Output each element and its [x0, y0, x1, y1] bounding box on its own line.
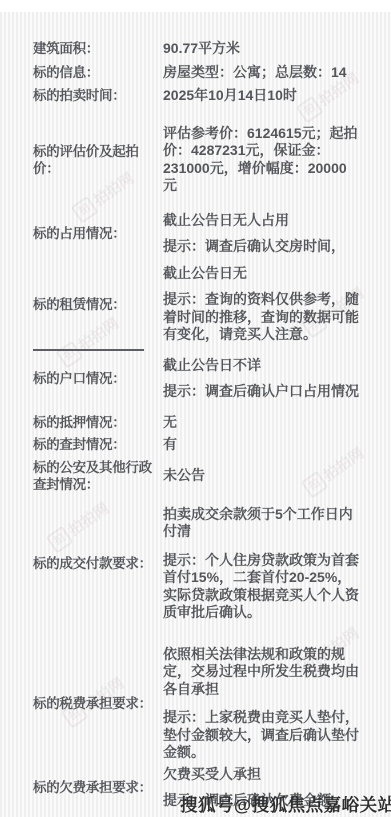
row-label: 标的成交付款要求：: [33, 555, 163, 572]
value-paragraph: 90.77平方米: [163, 40, 360, 58]
value-paragraph: 评估参考价：6124615元；起拍价：4287231元，保证金：231000元，…: [163, 125, 360, 195]
value-paragraph: 有: [163, 436, 360, 454]
table-row-valuation-start-price: 标的评估价及起拍价： 评估参考价：6124615元；起拍价：4287231元，保…: [33, 125, 360, 195]
row-label: 标的税费承担要求：: [33, 695, 163, 712]
row-value: 评估参考价：6124615元；起拍价：4287231元，保证金：231000元，…: [163, 125, 360, 195]
sohu-account-watermark: 搜狐号@搜狐焦点嘉峪关站: [180, 792, 391, 817]
table-row-lease: 标的租赁情况： 截止公告日无 提示：查询的资料仅供参考，随着时间的推移，查询的数…: [33, 265, 360, 344]
row-label: 标的欠费承担要求：: [33, 779, 163, 796]
value-paragraph: 截止公告日无人占用: [163, 212, 360, 230]
row-value: 无: [163, 414, 360, 432]
row-label: 标的查封情况：: [33, 436, 163, 453]
row-value: 房屋类型：公寓；总层数：14: [163, 64, 360, 82]
row-value: 有: [163, 436, 360, 454]
value-paragraph: 提示：查询的资料仅供参考，随着时间的推移，查询的数据可能有变化，请竞买人注意。: [163, 291, 360, 344]
table-row-tax-requirement: 标的税费承担要求： 依照相关法律法规和政策的规定，交易过程中所发生税费均由各自承…: [33, 646, 360, 762]
value-paragraph: 拍卖成交余款须于5个工作日内付清: [163, 506, 360, 541]
row-value: 90.77平方米: [163, 40, 360, 58]
table-row-target-info: 标的信息： 房屋类型：公寓；总层数：14: [33, 64, 360, 82]
table-row-seizure: 标的查封情况： 有: [33, 436, 360, 454]
table-row-auction-time: 标的拍卖时间： 2025年10月14日10时: [33, 87, 360, 105]
table-row-building-area: 建筑面积： 90.77平方米: [33, 40, 360, 58]
row-label: 标的户口情况：: [33, 370, 163, 387]
value-paragraph: 提示：上家税费由竞买人垫付，垫付金额较大，调查后确认垫付金额。: [163, 709, 360, 762]
row-label: 标的占用情况：: [33, 225, 163, 242]
row-label: 标的拍卖时间：: [33, 87, 163, 104]
row-value: 未公告: [163, 467, 360, 485]
row-value: 依照相关法律法规和政策的规定，交易过程中所发生税费均由各自承担 提示：上家税费由…: [163, 646, 360, 762]
row-label: 标的信息：: [33, 64, 163, 81]
row-label: 建筑面积：: [33, 40, 163, 57]
row-value: 截止公告日无 提示：查询的资料仅供参考，随着时间的推移，查询的数据可能有变化，请…: [163, 265, 360, 344]
row-value: 截止公告日无人占用 提示：调查后确认交房时间，: [163, 212, 360, 256]
divider-line: [33, 349, 144, 351]
value-paragraph: 欠费买受人承担: [163, 766, 360, 784]
value-paragraph: 提示：个人住房贷款政策为首套首付15%，二套首付20-25%，实际贷款政策根据竞…: [163, 552, 360, 622]
row-label: 标的公安及其他行政查封情况：: [33, 459, 163, 493]
value-paragraph: 未公告: [163, 467, 360, 485]
table-row-household-registration: 标的户口情况： 截止公告日不详 提示：调查后确认户口占用情况: [33, 357, 360, 401]
table-row-occupancy: 标的占用情况： 截止公告日无人占用 提示：调查后确认交房时间，: [33, 212, 360, 256]
value-paragraph: 提示：调查后确认户口占用情况: [163, 383, 360, 401]
row-value: 截止公告日不详 提示：调查后确认户口占用情况: [163, 357, 360, 401]
table-row-police-administrative-seizure: 标的公安及其他行政查封情况： 未公告: [33, 459, 360, 493]
value-paragraph: 提示：调查后确认交房时间，: [163, 238, 360, 256]
row-label: 标的租赁情况：: [33, 296, 163, 313]
value-paragraph: 房屋类型：公寓；总层数：14: [163, 64, 360, 82]
value-paragraph: 无: [163, 414, 360, 432]
value-paragraph: 截止公告日不详: [163, 357, 360, 375]
auction-detail-table: 建筑面积： 90.77平方米 标的信息： 房屋类型：公寓；总层数：14 标的拍卖…: [33, 40, 360, 810]
table-row-payment-requirement: 标的成交付款要求： 拍卖成交余款须于5个工作日内付清 提示：个人住房贷款政策为首…: [33, 506, 360, 622]
table-row-mortgage: 标的抵押情况： 无: [33, 414, 360, 432]
row-value: 拍卖成交余款须于5个工作日内付清 提示：个人住房贷款政策为首套首付15%，二套首…: [163, 506, 360, 622]
value-paragraph: 依照相关法律法规和政策的规定，交易过程中所发生税费均由各自承担: [163, 646, 360, 699]
value-paragraph: 2025年10月14日10时: [163, 87, 360, 105]
row-label: 标的评估价及起拍价：: [33, 143, 163, 177]
row-value: 2025年10月14日10时: [163, 87, 360, 105]
value-paragraph: 截止公告日无: [163, 265, 360, 283]
auction-info-page: 拍拍拍网 拍拍拍网 拍拍拍网 拍拍拍网 拍拍拍网 拍拍拍网 拍拍拍网 拍拍拍网 …: [0, 0, 391, 817]
row-label: 标的抵押情况：: [33, 414, 163, 431]
